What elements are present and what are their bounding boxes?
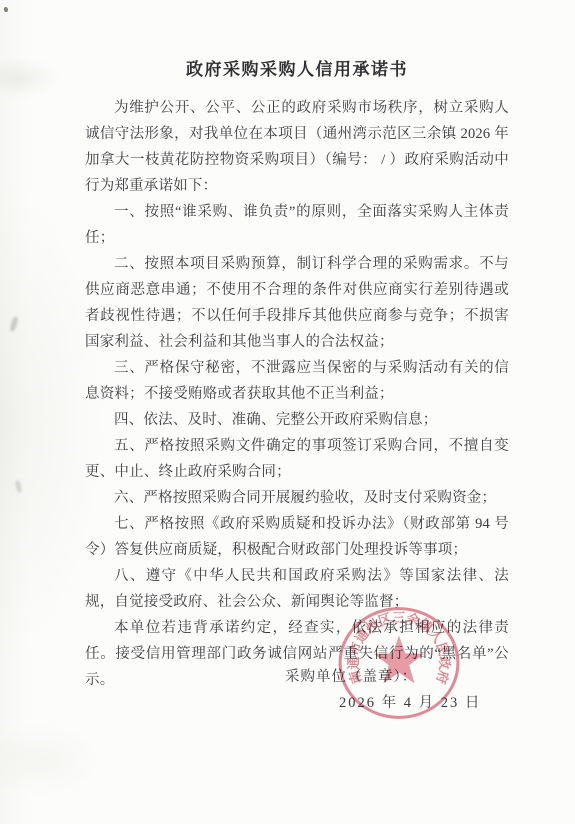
scan-smudge <box>9 315 20 332</box>
paragraph: 四、依法、及时、准确、完整公开政府采购信息； <box>85 407 509 433</box>
paragraph: 一、按照“谁采购、谁负责”的原则，全面落实采购人主体责任； <box>85 199 509 251</box>
scan-smudge <box>15 480 23 494</box>
page-title: 政府采购采购人信用承诺书 <box>85 55 509 80</box>
scanned-document-page: 政府采购采购人信用承诺书 为维护公开、公平、公正的政府采购市场秩序，树立采购人诚… <box>0 0 575 824</box>
paragraph: 七、严格按照《政府采购质疑和投诉办法》（财政部第 94 号令）答复供应商质疑，积… <box>85 511 509 563</box>
paragraph: 三、严格保守秘密，不泄露应当保密的与采购活动有关的信息资料；不接受贿赂或者获取其… <box>85 355 509 407</box>
document-body: 为维护公开、公平、公正的政府采购市场秩序，树立采购人诚信守法形象，对我单位在本项… <box>85 95 509 693</box>
paragraph: 为维护公开、公平、公正的政府采购市场秩序，树立采购人诚信守法形象，对我单位在本项… <box>85 95 509 199</box>
paragraph: 八、遵守《中华人民共和国政府采购法》等国家法律、法规，自觉接受政府、社会公众、新… <box>85 563 509 615</box>
paragraph: 五、严格按照采购文件确定的事项签订采购合同，不擅自变更、中止、终止政府采购合同； <box>85 433 509 485</box>
paragraph: 二、按照本项目采购预算，制订科学合理的采购需求。不与供应商恶意串通；不使用不合理… <box>85 251 509 355</box>
paragraph: 六、严格按照采购合同开展履约验收，及时支付采购资金； <box>85 485 509 511</box>
scan-speck <box>4 7 8 12</box>
signature-unit-label: 采购单位（盖章）： <box>285 664 417 690</box>
signature-date: 2026 年 4 月 23 日 <box>339 690 481 716</box>
